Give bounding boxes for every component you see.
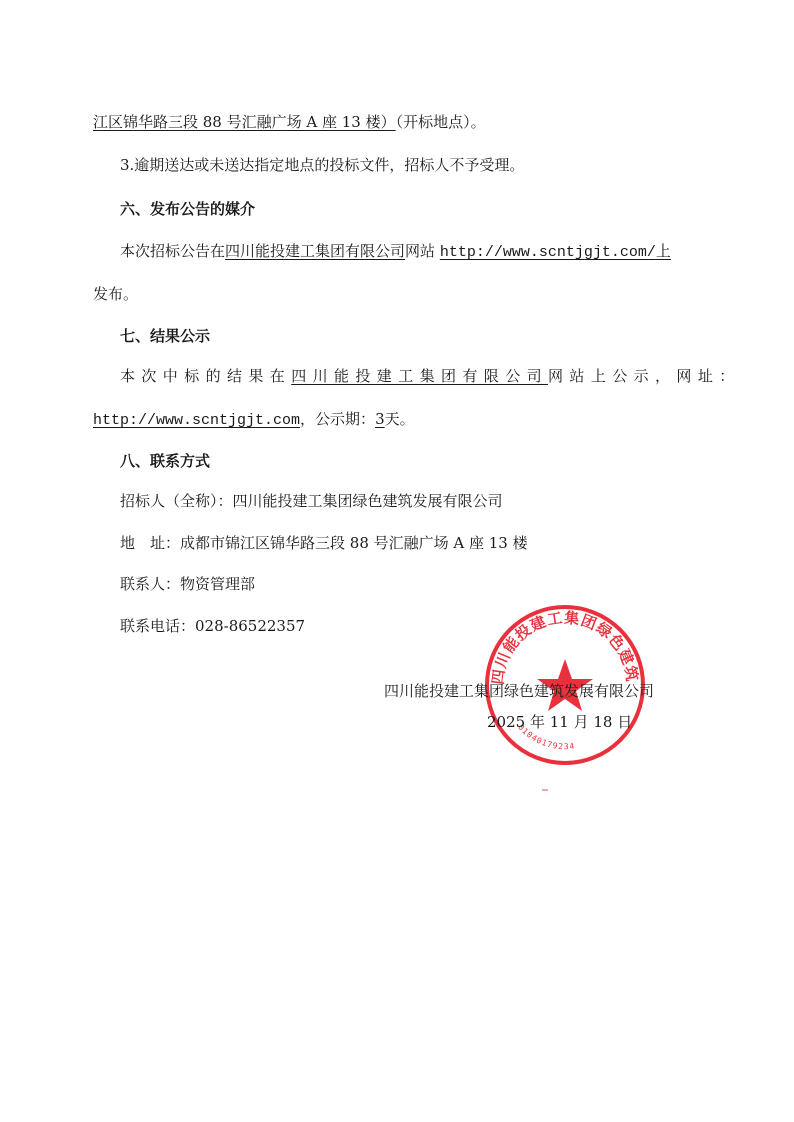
- section-6-mid: 网站: [405, 242, 440, 260]
- section-6-suffix: 上: [656, 242, 671, 260]
- period-unit: 天。: [385, 410, 415, 428]
- phone-line: 联系电话：028-86522357: [120, 616, 305, 636]
- company-link-2[interactable]: 四川能投建工集团有限公司: [291, 367, 548, 385]
- section-7-heading: 七、结果公示: [120, 326, 210, 346]
- signature-company: 四川能投建工集团绿色建筑发展有限公司: [384, 681, 654, 701]
- ink-speck: [542, 789, 548, 791]
- section-7-suffix: 网站上公示，网址：: [548, 367, 741, 385]
- company-link[interactable]: 四川能投建工集团有限公司: [225, 242, 405, 260]
- location-address: 江区锦华路三段 88 号汇融广场 A 座 13 楼）: [93, 113, 396, 131]
- contact-person-line: 联系人：物资管理部: [120, 574, 255, 594]
- item-3: 3.逾期送达或未送达指定地点的投标文件，招标人不予受理。: [120, 155, 524, 175]
- section-7-body: 本次中标的结果在四川能投建工集团有限公司网站上公示，网址：: [120, 366, 741, 386]
- tenderer-line: 招标人（全称）：四川能投建工集团绿色建筑发展有限公司: [120, 491, 503, 511]
- section-6-heading: 六、发布公告的媒介: [120, 199, 255, 219]
- address-line: 地 址：成都市锦江区锦华路三段 88 号汇融广场 A 座 13 楼: [120, 533, 528, 553]
- website-link[interactable]: http://www.scntjgjt.com/: [440, 244, 656, 261]
- period-label: ，公示期：: [300, 410, 375, 428]
- section-7-body-line2: http://www.scntjgjt.com，公示期：3天。: [93, 409, 415, 431]
- section-8-heading: 八、联系方式: [120, 451, 210, 471]
- section-6-prefix: 本次招标公告在: [120, 242, 225, 260]
- website-link-2[interactable]: http://www.scntjgjt.com: [93, 412, 300, 429]
- section-7-prefix: 本次中标的结果在: [120, 367, 291, 385]
- location-line: 江区锦华路三段 88 号汇融广场 A 座 13 楼）（开标地点）。: [93, 112, 486, 132]
- section-6-body: 本次招标公告在四川能投建工集团有限公司网站 http://www.scntjgj…: [120, 241, 671, 263]
- section-6-body-line2: 发布。: [93, 284, 138, 304]
- location-note: （开标地点）。: [396, 113, 486, 131]
- signature-date: 2025 年 11 月 18 日: [487, 712, 632, 732]
- period-value: 3: [375, 410, 385, 428]
